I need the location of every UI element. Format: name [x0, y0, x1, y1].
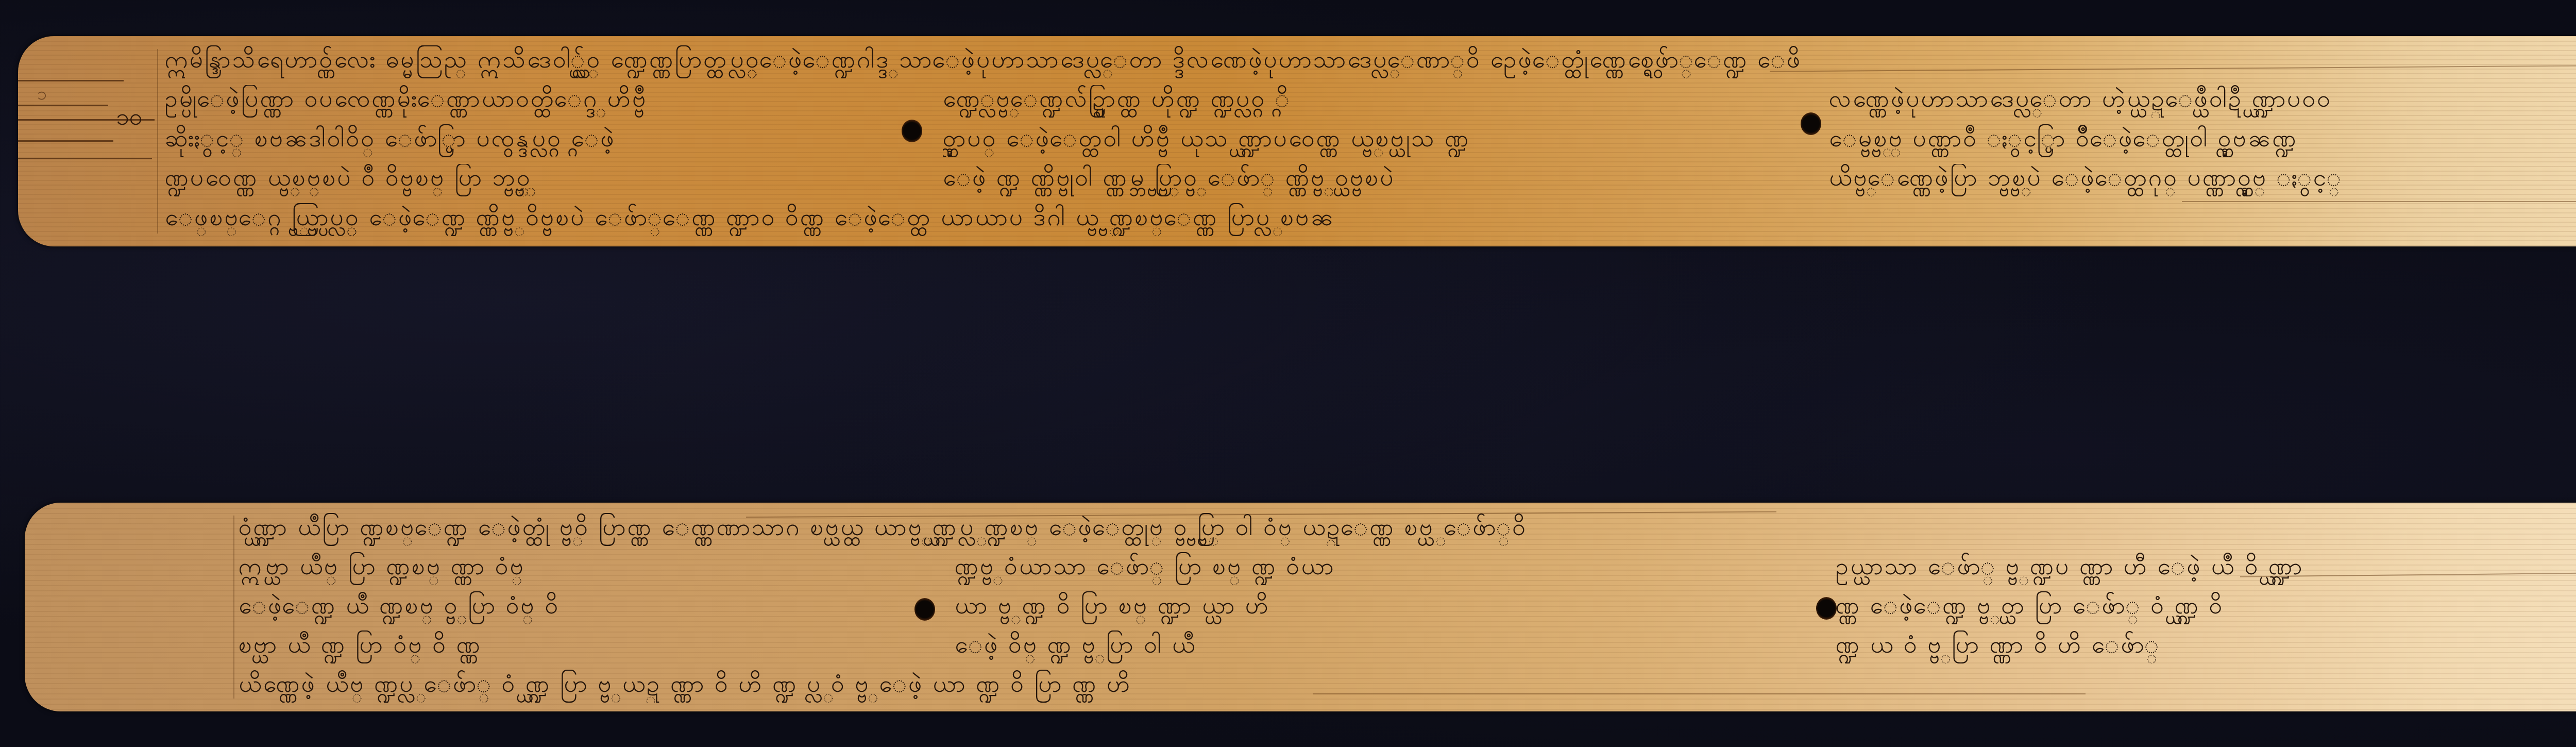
margin-line — [157, 49, 158, 234]
text-segment: ေဖဲ့ ဝိဗ္ ဏ္ဍ ဗ္ဗ္ ပြာ ဝါ ယဳ — [955, 630, 1686, 663]
margin-line — [233, 516, 234, 699]
text-segment: ဥယ္ယာသာ ေဖ်ာ္ ဗ္ဗ္ ဏ္ဍပ ဏ္ဏာ ဟီ ေဖဲ့ ယဳ … — [1836, 552, 2475, 585]
text-line-2: ဣဗ္ယာ ယဳဗ္ ပြာ ဏ္ဍၿဗ္ ဏ္ဏာ ဝံဗ္ ဏ္ဍဗ္ဗ္ … — [239, 552, 2475, 585]
text-line-1: ဝံဏ္ဍ္ယာ ယဳပြာ ဏ္ဍၿဗ္ေဏ္ဍ ေဖဲ့တ္ထုံ ဗ္ဗ္… — [239, 513, 2475, 546]
text-line-2: ဥမ္ပိုေဖဲ့ပြဏ္ဏာ ဝပၸေဏ္ဏမိုးေဏ္ဏာယာဝတ္ထိ… — [165, 85, 2473, 118]
text-segment: ဆိုးႏွင့္ ၿဗၼဒါဝါဝိဝ္ ေဖ်ာ္ပြာ ပၸွန္ဒပ္လ… — [165, 124, 819, 157]
ruled-line — [18, 158, 152, 159]
palm-leaf-top: ဂ ၁၀ ဣမိန္ဒြာသိရေဟာဝ္ဏ်လေး ဓမ္မသြည္ ဣသိဒ… — [18, 36, 2576, 246]
ruled-line — [18, 140, 113, 142]
text-segment: ယာ ဗ္ဗ္ ဏ္ဍ ဝိ ပြာ ၿဗ္ ဏ္ဍာ ယ္ယာ ဟိ — [955, 591, 1686, 624]
text-segment: ေဖ္ၿဗ္ေဂ္ဂ္ဗ္ ယ္ဗ္ပြာပ္လ္ဝ္ ေဖဲ့ေဏ္ဍ ဏ္ဏ… — [165, 203, 2473, 236]
text-block: ဝံဏ္ဍ္ယာ ယဳပြာ ဏ္ဍၿဗ္ေဏ္ဍ ေဖဲ့တ္ထုံ ဗ္ဗ္… — [239, 513, 2475, 703]
text-line-4: ၿဗ္ယာ ယဳ ဏ္ဍ ပြာ ဝံဗ္ ဝိ ဏ္ဏ ေဖဲ့ ဝိဗ္ ဏ… — [239, 630, 2475, 663]
text-segment: ဝ္ဏ္ဍာပဝ္ ေဖဲ့ေတ္ထဝါ ဟိဗ္ဗဳ ယုသ ဏ္ဍ္ယာပဝ… — [943, 124, 1674, 157]
text-segment: ဏ္ဍဗ္ဗ္ ဝံယာသာ ေဖ်ာ္ ပြာ ၿဗ္ ဏ္ဍ ဝံယာ — [955, 552, 1686, 585]
text-segment: ဣမိန္ဒြာသိရေဟာဝ္ဏ်လေး ဓမ္မသြည္ ဣသိဒေဝါ္ယ… — [165, 45, 2473, 78]
text-segment: ယိဏ္ဏေဖဲ့ ယဳဗ္ ဏ္ဍပ္လ္ ေဖ်ာ္ ဝံ ဏ္ဍ္ယ ပြ… — [239, 670, 2475, 703]
text-line-3: ေဖဲ့ေဏ္ဍ ယဳ ဏ္ဍၿဗ္ ဝ္ဗ္ ပြာ ဝံဗ္ ဝိ ယာ ဗ… — [239, 591, 2475, 624]
folio-number: ၁၀ — [116, 102, 143, 137]
text-segment: လဏ္ဏေဖဲ့ပုဟာသာဒေပ္လ္ေတာ ဟဲ့ယ္ယဍ္ေဖ္ယဳဝါဍ… — [1829, 85, 2473, 118]
text-segment: ၿဗ္ယာ ယဳ ဏ္ဍ ပြာ ဝံဗ္ ဝိ ဏ္ဏ — [239, 630, 821, 663]
text-segment: ဏ္ဍေ္လဗ္ဗ္ေဏ္ဍလ်ဍ္ဂ္ပြာဏ္ထ ဟိုဏ္ဍ ဏ္ဍပ္လ… — [943, 85, 1674, 118]
ruled-line — [18, 80, 124, 81]
text-line-5: ေဖ္ၿဗ္ေဂ္ဂ္ဗ္ ယ္ဗ္ပြာပ္လ္ဝ္ ေဖဲ့ေဏ္ဍ ဏ္ဏ… — [165, 203, 2473, 236]
text-segment: ဥမ္ပိုေဖဲ့ပြဏ္ဏာ ဝပၸေဏ္ဏမိုးေဏ္ဏာယာဝတ္ထိ… — [165, 85, 819, 118]
text-line-5: ယိဏ္ဏေဖဲ့ ယဳဗ္ ဏ္ဍပ္လ္ ေဖ်ာ္ ဝံ ဏ္ဍ္ယ ပြ… — [239, 670, 2475, 703]
text-segment: ယိဗ္ဗ္ေဏ္ဏေဖဲ့ပြာ ဘ္ဗ္ဗ္ၿပဲ ေဖဲ့ေတ္ထဂုဝ္… — [1829, 164, 2473, 197]
text-line-1: ဣမိန္ဒြာသိရေဟာဝ္ဏ်လေး ဓမ္မသြည္ ဣသိဒေဝါ္ယ… — [165, 45, 2473, 78]
text-line-3: ဆိုးႏွင့္ ၿဗၼဒါဝါဝိဝ္ ေဖ်ာ္ပြာ ပၸွန္ဒပ္လ… — [165, 124, 2473, 157]
palm-leaf-bottom: ဝံဏ္ဍ္ယာ ယဳပြာ ဏ္ဍၿဗ္ေဏ္ဍ ေဖဲ့တ္ထုံ ဗ္ဗ္… — [25, 503, 2576, 711]
text-segment: ဣဗ္ယာ ယဳဗ္ ပြာ ဏ္ဍၿဗ္ ဏ္ဏာ ဝံဗ္ — [239, 552, 821, 585]
text-line-4: ဏ္ဍပဝေဏ္ဏ ယ္ဗ္ၿဗ္ၿပဲ ဝဳ ဝိဗ္ဗၿဗ္ ပြာ ဘ္ဗ… — [165, 164, 2473, 197]
ruled-line — [18, 105, 108, 106]
text-segment: ဏ္ဍ ယ ဝံ ဗ္ဗ္ ပြာ ဏ္ဏာ ဝိ ဟိ ေဖ်ာ္ — [1836, 630, 2475, 663]
text-segment: ဏ္ဍပဝေဏ္ဏ ယ္ဗ္ၿဗ္ၿပဲ ဝဳ ဝိဗ္ဗၿဗ္ ပြာ ဘ္ဗ… — [165, 164, 819, 197]
margin-mark: ဂ — [29, 91, 56, 101]
text-block: ဣမိန္ဒြာသိရေဟာဝ္ဏ်လေး ဓမ္မသြည္ ဣသိဒေဝါ္ယ… — [165, 45, 2473, 236]
text-segment: ေမ္ဗ္ဗ္ၿဗ္ ပဏ္ဏာဝဳ ႏွင့္ပြာ ဝိဳေဖဲ့ေတ္ထု… — [1829, 124, 2473, 157]
text-segment: ဝံဏ္ဍ္ယာ ယဳပြာ ဏ္ဍၿဗ္ေဏ္ဍ ေဖဲ့တ္ထုံ ဗ္ဗ္… — [239, 513, 2475, 546]
text-segment: ေဖဲ့ ဏ္ဍ ဏ္ဏိဗ္ဗုဝါ ဏ္ဏမ္ဘ္ဗ္ဗ္ ပြာဝ္ဗ္ … — [943, 164, 1674, 197]
text-segment: ဏ္ဏ ေဖဲ့ေဏ္ဍ ဗ္ဗ္ ဝ္ယာ ပြာ ေဖ်ာ္ ဝံ ဏ္ဍ္… — [1836, 591, 2475, 624]
text-segment: ေဖဲ့ေဏ္ဍ ယဳ ဏ္ဍၿဗ္ ဝ္ဗ္ ပြာ ဝံဗ္ ဝိ — [239, 591, 821, 624]
